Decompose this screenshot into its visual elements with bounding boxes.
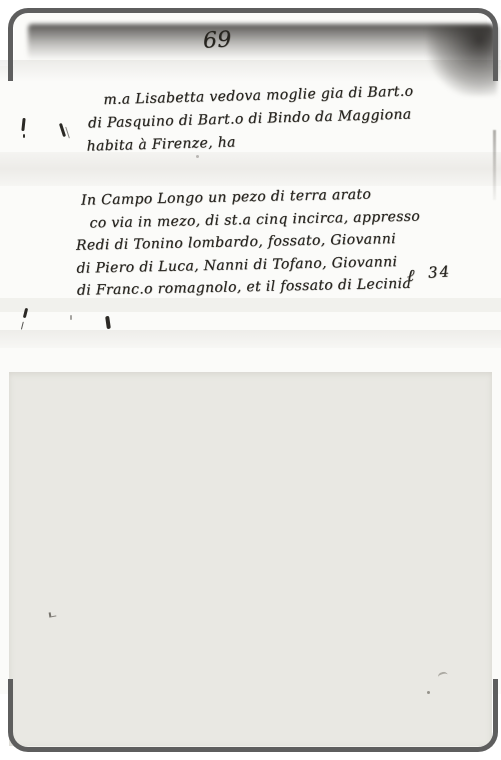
page-lower-gray-area [9, 372, 492, 746]
ink-mark [70, 315, 72, 320]
margin-lira-symbol: ℓ [406, 266, 415, 286]
gutter-shadow [28, 24, 493, 60]
ink-mark [23, 134, 25, 138]
entry-header-paragraph: m.a Lisabetta vedova moglie gia di Bart.… [85, 80, 417, 158]
margin-amount: 34 [427, 262, 451, 282]
gutter-shadow-right [427, 26, 497, 96]
ink-speck [196, 155, 199, 158]
manuscript-scan: 69 m.a Lisabetta vedova moglie gia di Ba… [0, 0, 501, 760]
entry-body-paragraph: In Campo Longo un pezo di terra arato co… [75, 182, 437, 302]
folio-number: 69 [202, 27, 232, 53]
ink-speck [427, 691, 430, 694]
page-edge-streak [493, 130, 496, 200]
